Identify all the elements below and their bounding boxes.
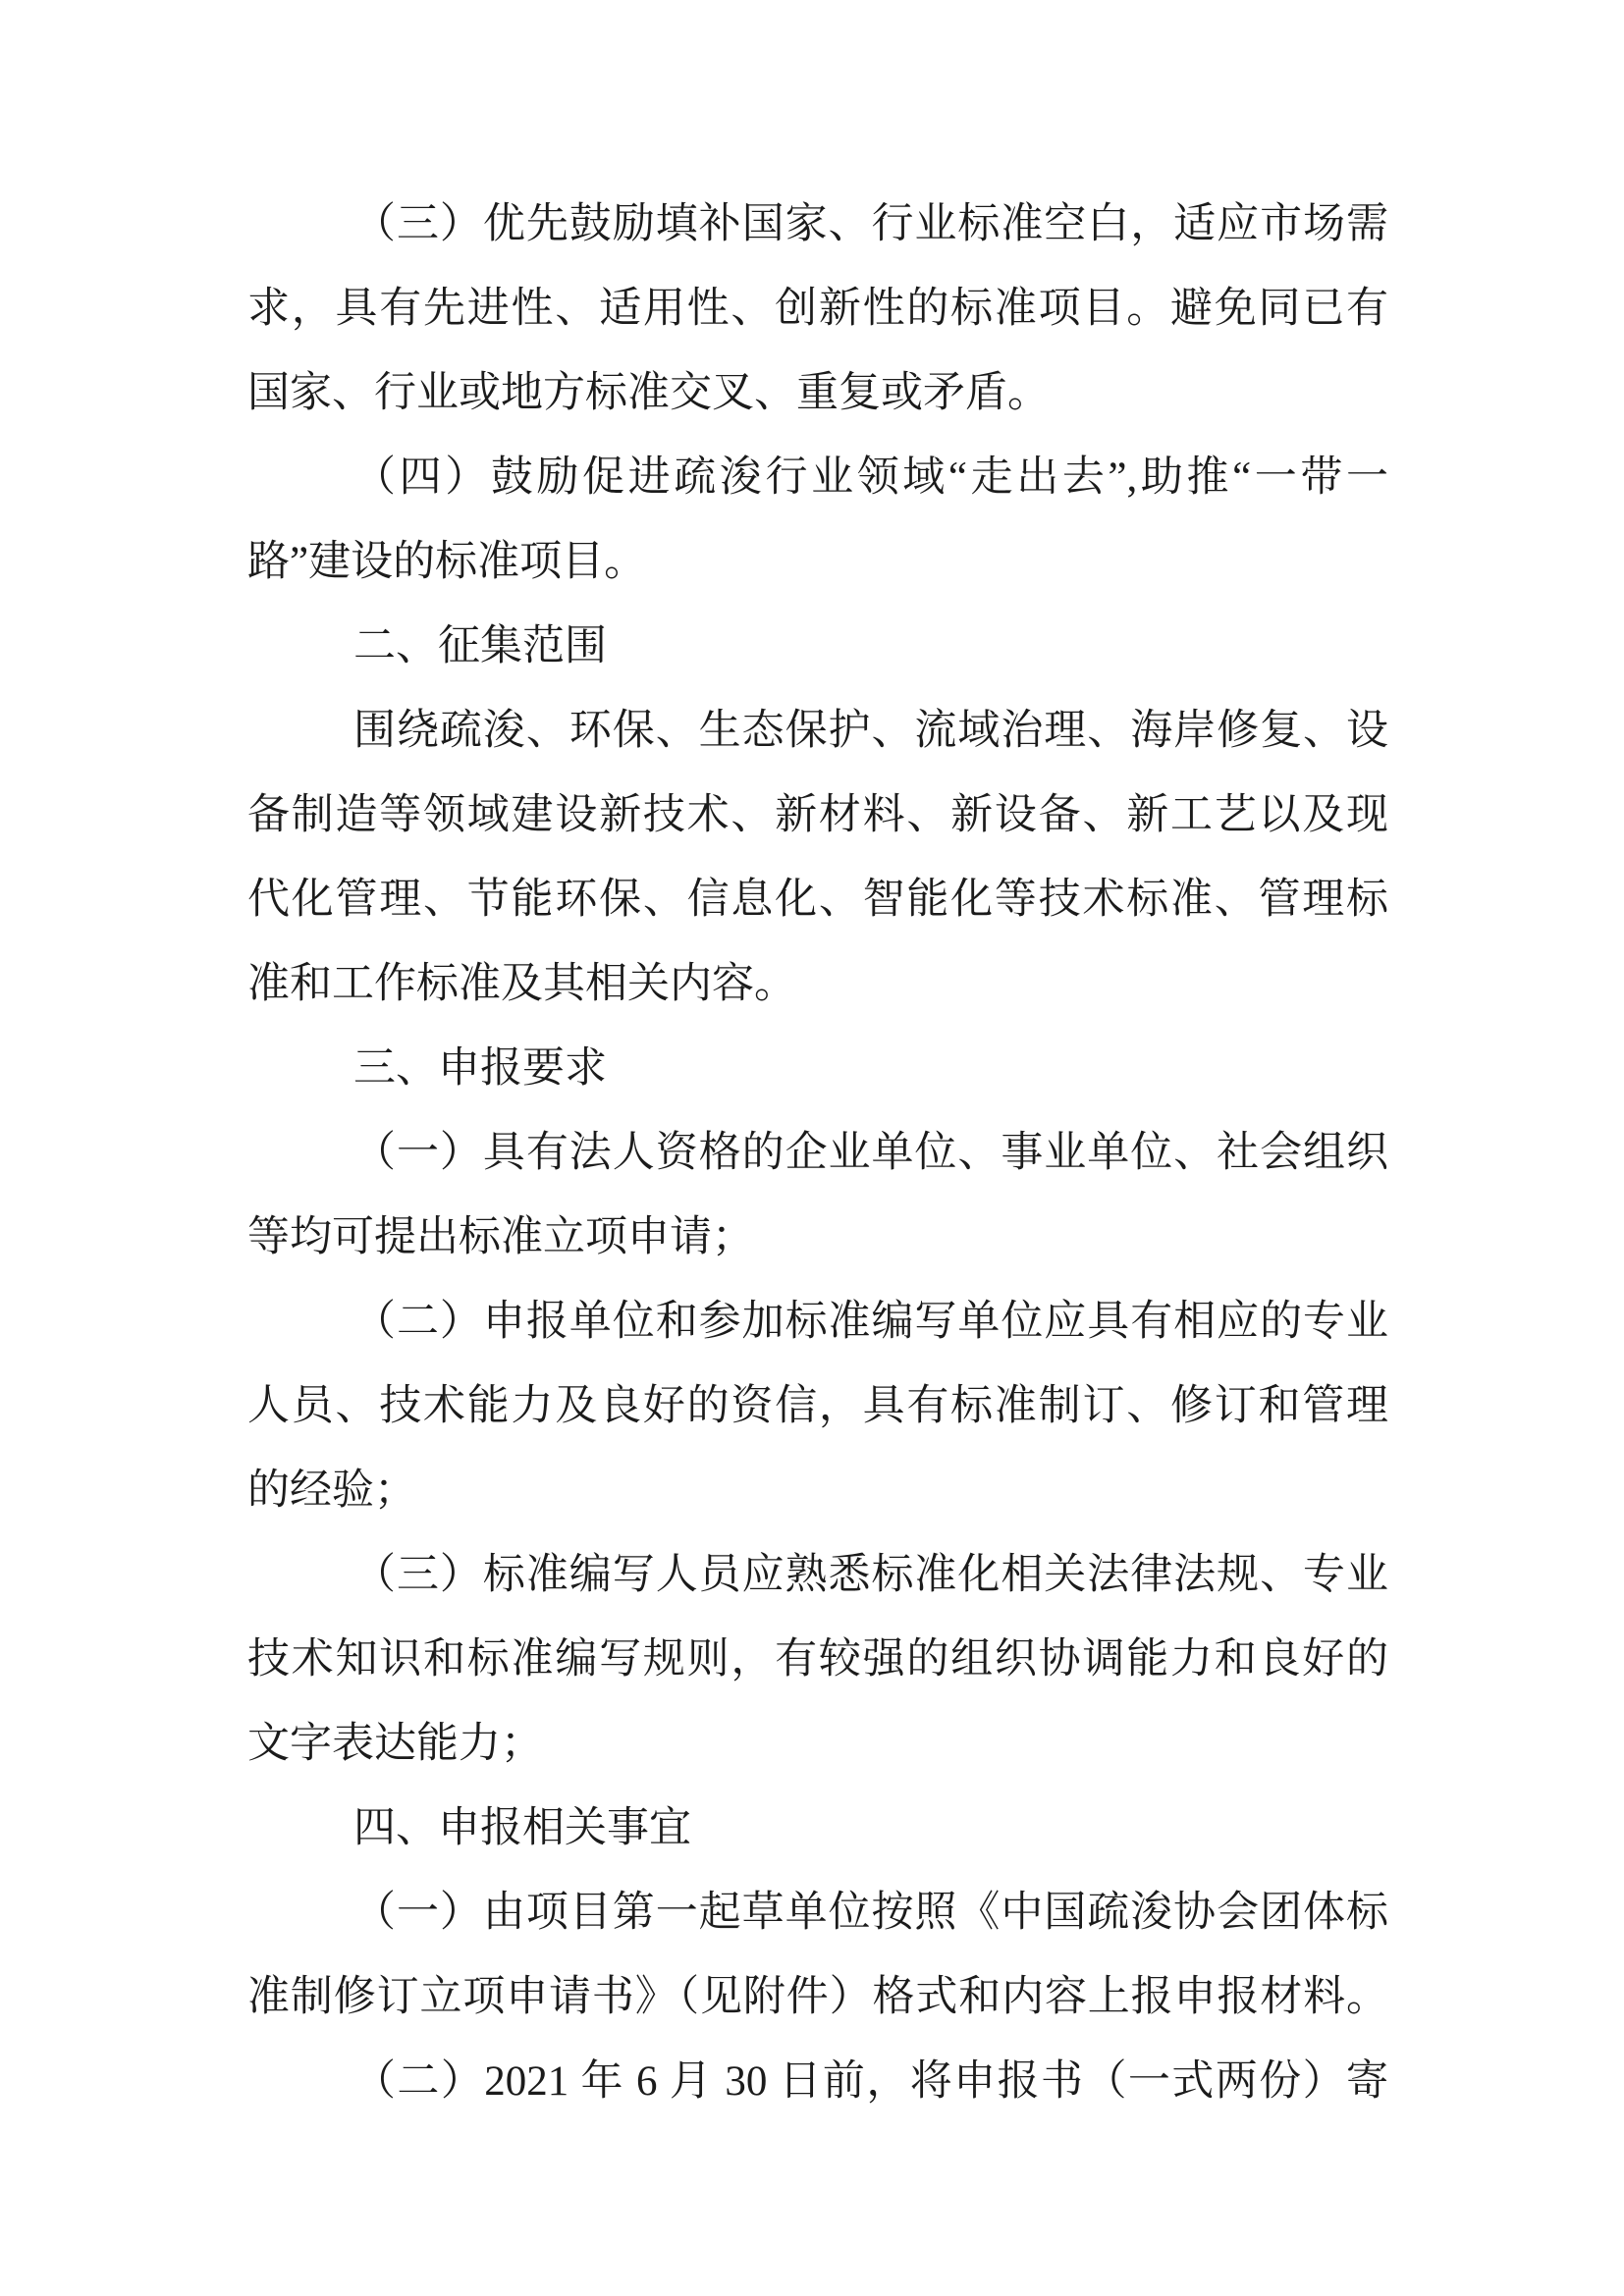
paragraph-line: （一）具有法人资格的企业单位、事业单位、社会组织: [247, 1111, 1388, 1196]
paragraph-line: 的经验；: [247, 1449, 1388, 1533]
text-block: （三）优先鼓励填补国家、行业标准空白，适应市场需 求，具有先进性、适用性、创新性…: [247, 183, 1388, 2124]
paragraph-line: （三）优先鼓励填补国家、行业标准空白，适应市场需: [247, 183, 1388, 267]
paragraph-line: 准和工作标准及其相关内容。: [247, 942, 1388, 1027]
paragraph-line: （四）鼓励促进疏浚行业领域“走出去”,助推“一带一: [247, 436, 1388, 520]
paragraph-line: （二）2021 年 6 月 30 日前，将申报书（一式两份）寄送: [247, 2040, 1388, 2124]
paragraph-line: 技术知识和标准编写规则，有较强的组织协调能力和良好的: [247, 1618, 1388, 1702]
section-heading: 四、申报相关事宜: [247, 1787, 1388, 1871]
paragraph-line: 国家、行业或地方标准交叉、重复或矛盾。: [247, 351, 1388, 436]
paragraph-line: 等均可提出标准立项申请；: [247, 1196, 1388, 1280]
paragraph-line: 围绕疏浚、环保、生态保护、流域治理、海岸修复、设: [247, 689, 1388, 774]
paragraph-line: 求，具有先进性、适用性、创新性的标准项目。避免同已有: [247, 267, 1388, 351]
paragraph-line: （一）由项目第一起草单位按照《中国疏浚协会团体标: [247, 1871, 1388, 1955]
paragraph-line: 备制造等领域建设新技术、新材料、新设备、新工艺以及现: [247, 774, 1388, 858]
section-heading: 三、申报要求: [247, 1027, 1388, 1111]
paragraph-line: （三）标准编写人员应熟悉标准化相关法律法规、专业: [247, 1533, 1388, 1618]
paragraph-line: 人员、技术能力及良好的资信，具有标准制订、修订和管理: [247, 1364, 1388, 1449]
section-heading: 二、征集范围: [247, 605, 1388, 689]
paragraph-line: 代化管理、节能环保、信息化、智能化等技术标准、管理标: [247, 858, 1388, 942]
paragraph-line: （二）申报单位和参加标准编写单位应具有相应的专业: [247, 1280, 1388, 1364]
paragraph-line: 文字表达能力；: [247, 1702, 1388, 1787]
paragraph-line: 路”建设的标准项目。: [247, 520, 1388, 605]
paragraph-line: 准制修订立项申请书》（见附件）格式和内容上报申报材料。: [247, 1955, 1388, 2040]
document-page: （三）优先鼓励填补国家、行业标准空白，适应市场需 求，具有先进性、适用性、创新性…: [0, 0, 1624, 2296]
